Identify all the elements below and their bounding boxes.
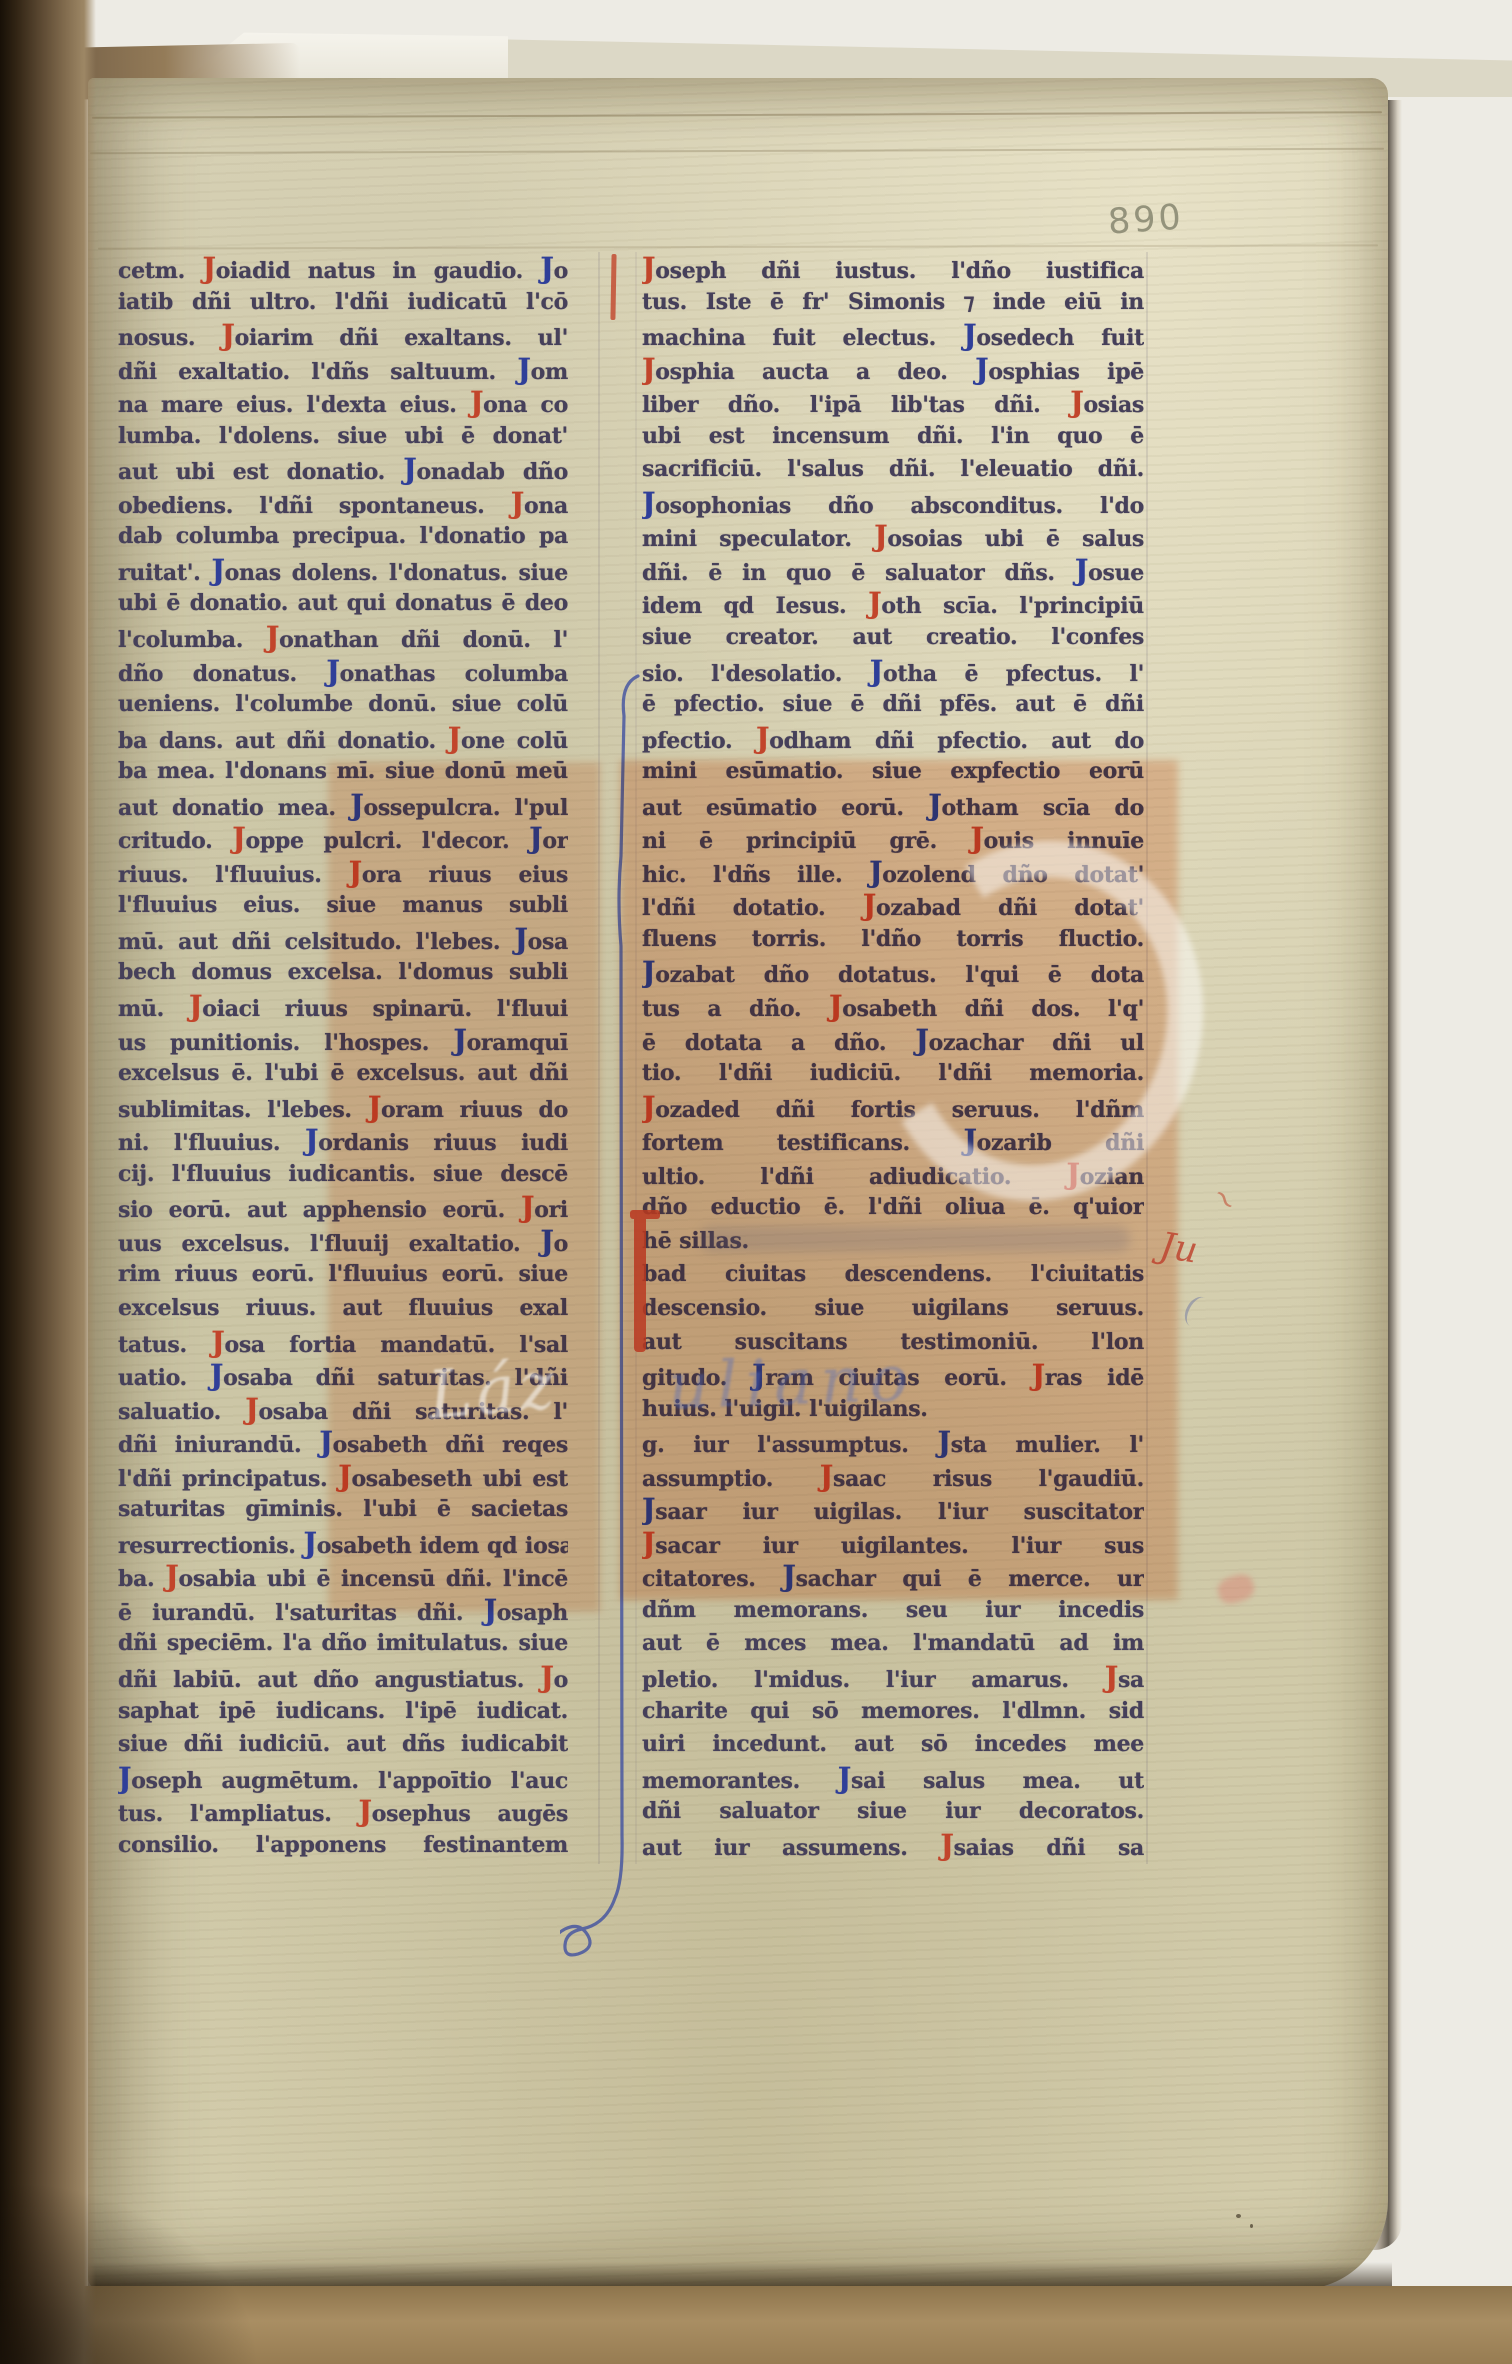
colored-initial: J: [470, 386, 483, 419]
manuscript-line: nosus. Joiarim dñi exaltans. ul': [118, 319, 568, 353]
manuscript-line: aut ē mces mea. l'mandatū ad im: [642, 1627, 1144, 1661]
manuscript-line: Joseph dñi iustus. l'dño iustifica: [642, 252, 1144, 286]
colored-initial: J: [940, 1829, 953, 1862]
colored-initial: J: [266, 621, 279, 654]
colored-initial: J: [1070, 386, 1083, 419]
colored-initial: J: [517, 353, 530, 386]
colored-initial: J: [232, 822, 245, 855]
colored-initial: J: [1075, 554, 1088, 587]
colored-initial: J: [118, 1762, 131, 1795]
manuscript-line: mini speculator. Josoias ubi ē salus: [642, 520, 1144, 554]
colored-initial: J: [975, 353, 988, 386]
colored-initial: J: [245, 1393, 258, 1426]
manuscript-line: ueniens. l'columbe donū. siue colū: [118, 688, 568, 722]
manuscript-line: sacrificiū. l'salus dñi. l'eleuatio dñi.: [642, 453, 1144, 487]
manuscript-line: tus. l'ampliatus. Josephus augēs: [118, 1795, 568, 1829]
colored-initial: J: [511, 487, 524, 520]
gray-stamp-smudge: [700, 1226, 1130, 1252]
salmon-highlight-left: [328, 762, 600, 1612]
colored-initial: J: [210, 1359, 223, 1392]
manuscript-line: dab columba precipua. l'donatio pa: [118, 520, 568, 554]
colored-initial: J: [540, 1661, 553, 1694]
colored-initial: J: [359, 1795, 372, 1828]
manuscript-line: cetm. Joiadid natus in gaudio. Jo: [118, 252, 568, 286]
blue-watermark-text: uliano: [667, 1342, 917, 1425]
colored-initial: J: [756, 722, 769, 755]
manuscript-line: charite qui sō memores. l'dlmn. sid: [642, 1695, 1144, 1729]
manuscript-line: siue dñi iudiciū. aut dñs iudicabit: [118, 1728, 568, 1762]
manuscript-line: na mare eius. l'dexta eius. Jona co: [118, 386, 568, 420]
colored-initial: J: [189, 990, 202, 1023]
manuscript-line: ē pfectio. siue ē dñi pfēs. aut ē dñi: [642, 688, 1144, 722]
manuscript-line: liber dño. l'ipā lib'tas dñi. Josias: [642, 386, 1144, 420]
manuscript-line: obediens. l'dñi spontaneus. Jona: [118, 487, 568, 521]
book-binding-edge: [0, 0, 96, 2364]
colored-initial: J: [165, 1560, 178, 1593]
manuscript-line: l'columba. Jonathan dñi donū. l': [118, 621, 568, 655]
manuscript-line: pletio. l'midus. l'iur amarus. Jsa: [642, 1661, 1144, 1695]
colored-initial: J: [540, 252, 553, 285]
colored-initial: J: [202, 252, 215, 285]
manuscript-line: machina fuit electus. Josedech fuit: [642, 319, 1144, 353]
colored-initial: J: [326, 655, 339, 688]
manuscript-line: ubi ē donatio. aut qui donatus ē deo: [118, 587, 568, 621]
manuscript-line: dñi labiū. aut dño angustiatus. Jo: [118, 1661, 568, 1695]
manuscript-line: consilio. l'apponens festinantem: [118, 1829, 568, 1863]
manuscript-line: iatib dñi ultro. l'dñi iudicatū l'cō: [118, 286, 568, 320]
colored-initial: J: [305, 1124, 318, 1157]
colored-initial: J: [403, 453, 416, 486]
manuscript-line: lumba. l'dolens. siue ubi ē donat': [118, 420, 568, 454]
manuscript-line: uiri incedunt. aut sō incedes mee: [642, 1728, 1144, 1762]
manuscript-line: Josphia aucta a deo. Josphias ipē: [642, 353, 1144, 387]
colored-initial: J: [304, 1527, 317, 1560]
corner-shadow: [0, 2180, 260, 2364]
red-margin-gloss: Ju: [1157, 1225, 1201, 1271]
colored-initial: J: [874, 520, 887, 553]
manuscript-line: aut iur assumens. Jsaias dñi sa: [642, 1829, 1144, 1863]
manuscript-line: dñi. ē in quo ē saluator dñs. Josue: [642, 554, 1144, 588]
manuscript-line: Joseph augmētum. l'appoītio l'auc: [118, 1762, 568, 1796]
ink-speck: [1236, 2214, 1241, 2218]
manuscript-line: pfectio. Jodham dñi pfectio. aut do: [642, 722, 1144, 756]
manuscript-line: aut ubi est donatio. Jonadab dño: [118, 453, 568, 487]
colored-initial: J: [868, 587, 881, 620]
manuscript-line: dñi saluator siue iur decoratos.: [642, 1795, 1144, 1829]
fore-edge-page-stack: [1396, 88, 1512, 2238]
manuscript-line: Josophonias dño absconditus. l'do: [642, 487, 1144, 521]
colored-initial: J: [963, 319, 976, 352]
colored-initial: J: [870, 655, 883, 688]
colored-initial: J: [211, 1326, 224, 1359]
manuscript-line: ubi est incensum dñi. l'in quo ē: [642, 420, 1144, 454]
colored-initial: J: [211, 554, 224, 587]
manuscript-line: saphat ipē iudicans. l'ipē iudicat.: [118, 1695, 568, 1729]
manuscript-line: tus. Iste ē fr' Simonis ⁊ inde eiū in: [642, 286, 1144, 320]
colored-initial: J: [448, 722, 461, 755]
manuscript-line: idem qd Iesus. Joth scīa. l'principiū: [642, 587, 1144, 621]
colored-initial: J: [642, 487, 655, 520]
manuscript-line: dño donatus. Jonathas columba: [118, 655, 568, 689]
colored-initial: J: [838, 1762, 851, 1795]
colored-initial: J: [642, 353, 655, 386]
colored-initial: J: [1105, 1661, 1118, 1694]
manuscript-line: ba dans. aut dñi donatio. Jone colū: [118, 722, 568, 756]
colored-initial: J: [642, 252, 655, 285]
manuscript-line: sio. l'desolatio. Jotha ē pfectus. l': [642, 655, 1144, 689]
manuscript-line: ruitat'. Jonas dolens. l'donatus. siue: [118, 554, 568, 588]
manuscript-line: dñi speciēm. l'a dño imitulatus. siue: [118, 1627, 568, 1661]
white-watermark-text: Láz: [425, 1346, 561, 1434]
manuscript-line: dñi exaltatio. l'dñs saltuum. Jom: [118, 353, 568, 387]
colored-initial: J: [221, 319, 234, 352]
manuscript-photo: cetm. Joiadid natus in gaudio. Joiatib d…: [0, 0, 1512, 2364]
manuscript-line: siue creator. aut creatio. l'confes: [642, 621, 1144, 655]
manuscript-line: memorantes. Jsai salus mea. ut: [642, 1762, 1144, 1796]
ink-speck: [1250, 2224, 1253, 2228]
pencil-folio-number: 890: [1107, 197, 1185, 242]
